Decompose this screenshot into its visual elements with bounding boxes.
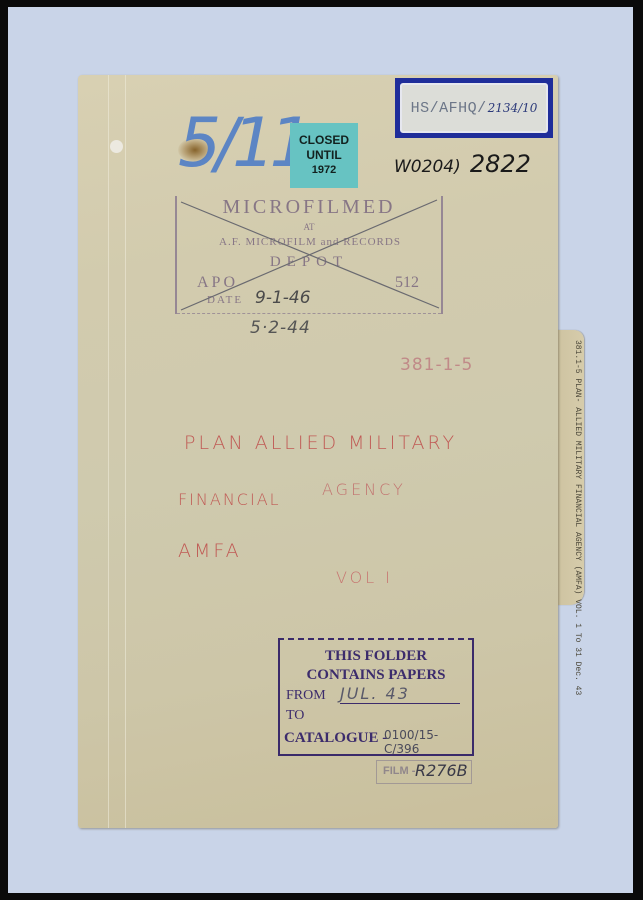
from-value: JUL. 43 (340, 684, 460, 704)
reference-label-inner: HS/AFHQ/ 2134/10 (400, 83, 548, 133)
catalogue-value: 0100/15-C/396 (384, 728, 472, 756)
reference-prefix: W0204) (394, 157, 461, 177)
title-line-2a: FINANCIAL (178, 490, 281, 509)
label-typed-text: HS/AFHQ/ (411, 100, 487, 117)
folder-stamp-line1: THIS FOLDER (280, 648, 472, 665)
reference-label: HS/AFHQ/ 2134/10 (395, 78, 553, 138)
film-value: R276B (415, 761, 468, 780)
closed-line1: CLOSED (299, 133, 349, 148)
cross-out-lines (177, 196, 441, 314)
red-reference-number: 381-1-5 (400, 355, 473, 375)
title-line-1: PLAN ALLIED MILITARY (184, 432, 457, 454)
blue-pen-marking: 5/11 (178, 104, 307, 183)
closed-line2: UNTIL (306, 148, 341, 163)
label-handwritten-text: 2134/10 (488, 101, 538, 115)
from-label: FROM (286, 688, 326, 704)
title-line-2b: AGENCY (322, 480, 406, 499)
closed-until-sticker: CLOSED UNTIL 1972 (290, 123, 358, 188)
handwritten-date: 5·2-44 (250, 318, 311, 338)
title-acronym: AMFA (178, 540, 242, 562)
title-volume: VOL I (336, 568, 393, 587)
microfilmed-stamp: MICROFILMED AT A.F. MICROFILM and RECORD… (175, 196, 443, 314)
punch-hole (110, 140, 123, 153)
film-label: FILM - (383, 765, 415, 777)
reference-number: 2822 (470, 150, 531, 178)
side-tab-label: 381.1-5 PLAN- ALLIED MILITARY FINANCIAL … (558, 340, 582, 600)
film-stamp: FILM - R276B (376, 760, 472, 784)
to-label: TO (286, 708, 304, 724)
folder-crease (108, 75, 109, 828)
folder-crease (125, 75, 126, 828)
catalogue-label: CATALOGUE - (284, 730, 387, 747)
handwritten-reference: W0204) 2822 (394, 150, 531, 178)
folder-stamp-line2: CONTAINS PAPERS (280, 667, 472, 684)
closed-year: 1972 (312, 163, 336, 178)
folder-contents-stamp: THIS FOLDER CONTAINS PAPERS FROM JUL. 43… (278, 638, 474, 756)
